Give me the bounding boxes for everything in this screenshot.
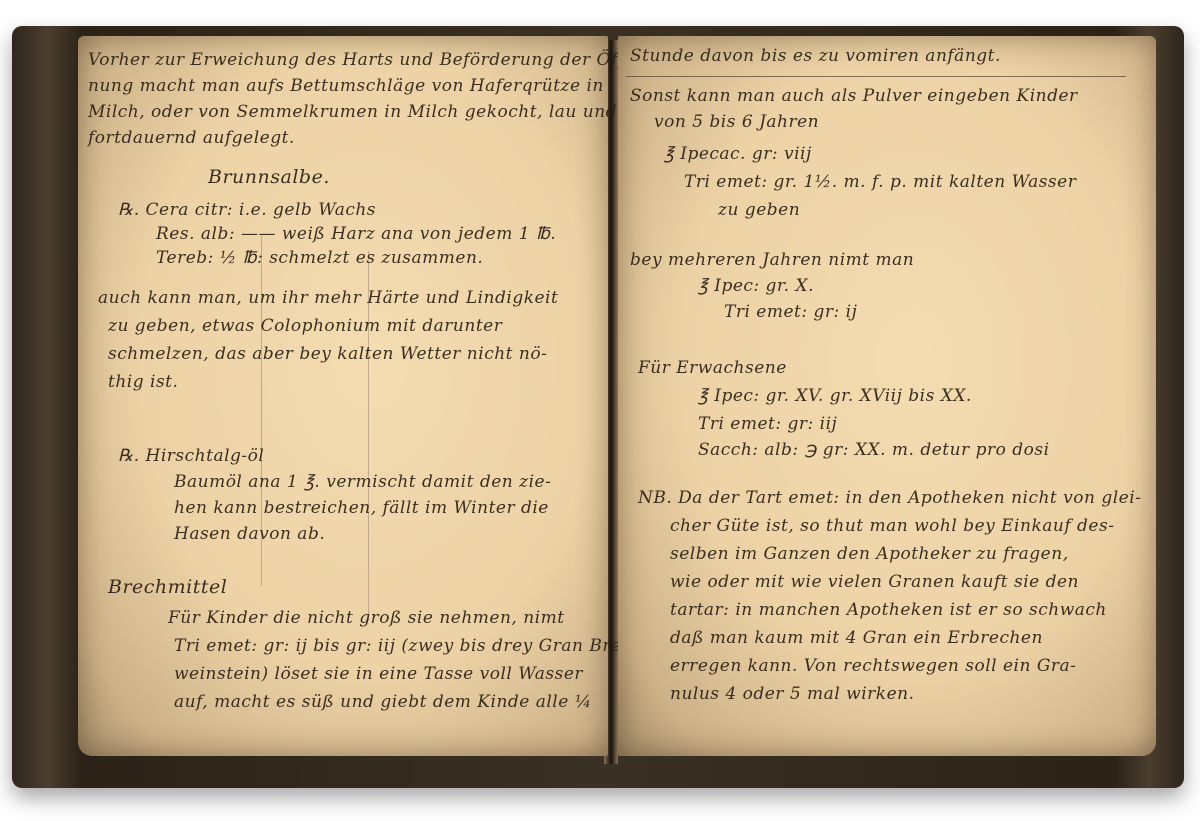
text-line: Tri emet: gr. 1½. m. f. p. mit kalten Wa… bbox=[684, 172, 1076, 192]
text-line: ℥ Ipecac. gr: viij bbox=[664, 144, 812, 164]
text-line: ℞. Hirschtalg-öl bbox=[118, 446, 264, 466]
text-line: fortdauernd aufgelegt. bbox=[88, 128, 295, 148]
text-line: Milch, oder von Semmelkrumen in Milch ge… bbox=[88, 102, 674, 122]
right-page: Stunde davon bis es zu vomiren anfängt. … bbox=[618, 36, 1156, 756]
text-line: auch kann man, um ihr mehr Härte und Lin… bbox=[98, 288, 558, 308]
text-line: NB. Da der Tart emet: in den Apotheken n… bbox=[638, 488, 1141, 508]
text-line: auf, macht es süß und giebt dem Kinde al… bbox=[174, 692, 592, 712]
text-line: nung macht man aufs Bettumschläge von Ha… bbox=[88, 76, 604, 96]
text-line: zu geben bbox=[718, 200, 800, 220]
text-line: Res. alb: —— weiß Harz ana von jedem 1 ℔… bbox=[156, 224, 556, 244]
text-line: ℞. Cera citr: i.e. gelb Wachs bbox=[118, 200, 376, 220]
section-heading: Brechmittel bbox=[108, 576, 227, 598]
text-line: Tereb: ½ ℔: schmelzt es zusammen. bbox=[156, 248, 483, 268]
text-line: erregen kann. Von rechtswegen soll ein G… bbox=[670, 656, 1076, 676]
text-line: Tri emet: gr: ij bbox=[724, 302, 857, 322]
text-line: nulus 4 oder 5 mal wirken. bbox=[670, 684, 914, 704]
text-line: schmelzen, das aber bey kalten Wetter ni… bbox=[108, 344, 547, 364]
divider-rule bbox=[626, 76, 1126, 77]
text-line: bey mehreren Jahren nimt man bbox=[630, 250, 914, 270]
text-line: tartar: in manchen Apotheken ist er so s… bbox=[670, 600, 1107, 620]
text-line: ℥ Ipec: gr. XV. gr. XViij bis XX. bbox=[698, 386, 972, 406]
section-heading: Brunnsalbe. bbox=[208, 166, 330, 188]
text-line: Sonst kann man auch als Pulver eingeben … bbox=[630, 86, 1078, 106]
left-page: Vorher zur Erweichung des Harts und Befö… bbox=[78, 36, 608, 756]
text-line: selben im Ganzen den Apotheker zu fragen… bbox=[670, 544, 1069, 564]
text-line: Stunde davon bis es zu vomiren anfängt. bbox=[630, 46, 1001, 66]
text-line: ℥ Ipec: gr. X. bbox=[698, 276, 814, 296]
text-line: wie oder mit wie vielen Granen kauft sie… bbox=[670, 572, 1079, 592]
text-line: Für Kinder die nicht groß sie nehmen, ni… bbox=[168, 608, 565, 628]
text-line: zu geben, etwas Colophonium mit darunter bbox=[108, 316, 502, 336]
text-line: thig ist. bbox=[108, 372, 178, 392]
text-line: weinstein) löset sie in eine Tasse voll … bbox=[174, 664, 583, 684]
text-line: Tri emet: gr: ij bis gr: iij (zwey bis d… bbox=[174, 636, 649, 656]
text-line: Baumöl ana 1 ℥. vermischt damit den zie- bbox=[174, 472, 551, 492]
text-line: daß man kaum mit 4 Gran ein Erbrechen bbox=[670, 628, 1043, 648]
text-line: Vorher zur Erweichung des Harts und Befö… bbox=[88, 50, 630, 70]
text-line: von 5 bis 6 Jahren bbox=[654, 112, 819, 132]
text-line: Tri emet: gr: iij bbox=[698, 414, 837, 434]
text-line: Sacch: alb: ℈ gr: XX. m. detur pro dosi bbox=[698, 440, 1050, 460]
text-line: Für Erwachsene bbox=[638, 358, 787, 378]
text-line: cher Güte ist, so thut man wohl bey Eink… bbox=[670, 516, 1114, 536]
text-line: hen kann bestreichen, fällt im Winter di… bbox=[174, 498, 549, 518]
text-line: Hasen davon ab. bbox=[174, 524, 325, 544]
